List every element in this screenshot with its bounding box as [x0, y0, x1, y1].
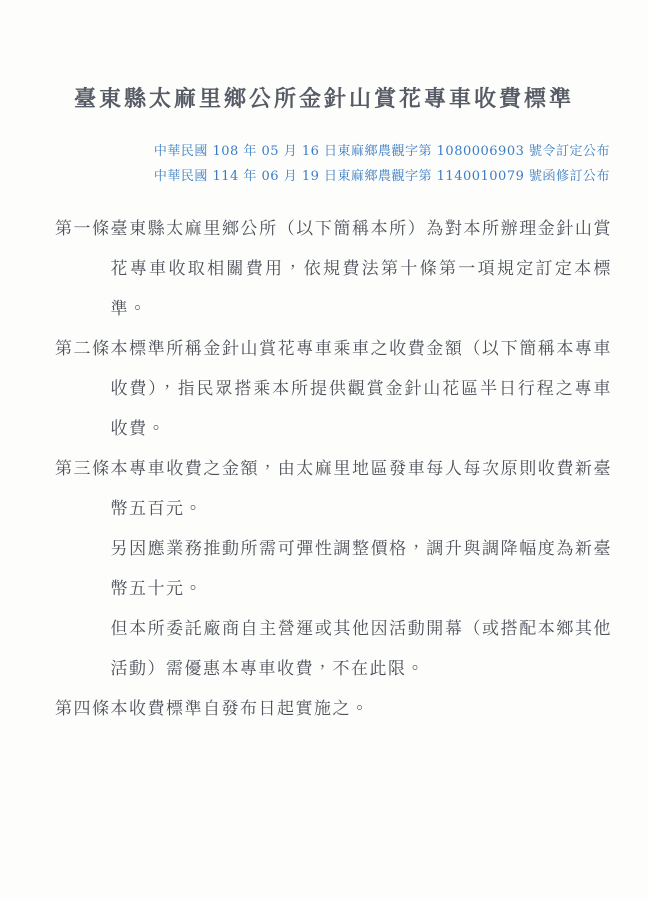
- article-2: 第二條 本標準所稱金針山賞花專車乘車之收費金額（以下簡稱本專車收費），指民眾搭乘…: [55, 329, 612, 449]
- article-2-paragraph-1: 本標準所稱金針山賞花專車乘車之收費金額（以下簡稱本專車收費），指民眾搭乘本所提供…: [111, 329, 613, 449]
- articles-section: 第一條 臺東縣太麻里鄉公所（以下簡稱本所）為對本所辦理金針山賞花專車收取相關費用…: [55, 209, 612, 729]
- promulgation-line-1: 中華民國 108 年 05 月 16 日東麻鄉農觀字第 1080006903 號…: [0, 139, 610, 164]
- article-3-paragraph-1: 本專車收費之金額，由太麻里地區發車每人每次原則收費新臺幣五百元。: [111, 449, 613, 529]
- article-4: 第四條 本收費標準自發布日起實施之。: [55, 689, 612, 729]
- article-3-paragraph-2: 另因應業務推動所需可彈性調整價格，調升與調降幅度為新臺幣五十元。: [111, 529, 613, 609]
- article-3-body: 本專車收費之金額，由太麻里地區發車每人每次原則收費新臺幣五百元。 另因應業務推動…: [111, 449, 613, 689]
- article-3-paragraph-3: 但本所委託廠商自主營運或其他因活動開幕（或搭配本鄉其他活動）需優惠本專車收費，不…: [111, 609, 613, 689]
- document-page: 臺東縣太麻里鄉公所金針山賞花專車收費標準 中華民國 108 年 05 月 16 …: [0, 0, 648, 900]
- article-3: 第三條 本專車收費之金額，由太麻里地區發車每人每次原則收費新臺幣五百元。 另因應…: [55, 449, 612, 689]
- promulgation-line-2: 中華民國 114 年 06 月 19 日東麻鄉農觀字第 1140010079 號…: [0, 164, 610, 189]
- article-3-label: 第三條: [55, 449, 111, 489]
- article-1: 第一條 臺東縣太麻里鄉公所（以下簡稱本所）為對本所辦理金針山賞花專車收取相關費用…: [55, 209, 612, 329]
- article-1-body: 臺東縣太麻里鄉公所（以下簡稱本所）為對本所辦理金針山賞花專車收取相關費用，依規費…: [111, 209, 613, 329]
- promulgation-block: 中華民國 108 年 05 月 16 日東麻鄉農觀字第 1080006903 號…: [0, 139, 610, 189]
- document-title: 臺東縣太麻里鄉公所金針山賞花專車收費標準: [0, 82, 648, 113]
- article-2-body: 本標準所稱金針山賞花專車乘車之收費金額（以下簡稱本專車收費），指民眾搭乘本所提供…: [111, 329, 613, 449]
- article-1-label: 第一條: [55, 209, 111, 249]
- article-4-label: 第四條: [55, 689, 111, 729]
- article-4-body: 本收費標準自發布日起實施之。: [111, 689, 613, 729]
- article-2-label: 第二條: [55, 329, 111, 369]
- article-1-paragraph-1: 臺東縣太麻里鄉公所（以下簡稱本所）為對本所辦理金針山賞花專車收取相關費用，依規費…: [111, 209, 613, 329]
- article-4-paragraph-1: 本收費標準自發布日起實施之。: [111, 689, 613, 729]
